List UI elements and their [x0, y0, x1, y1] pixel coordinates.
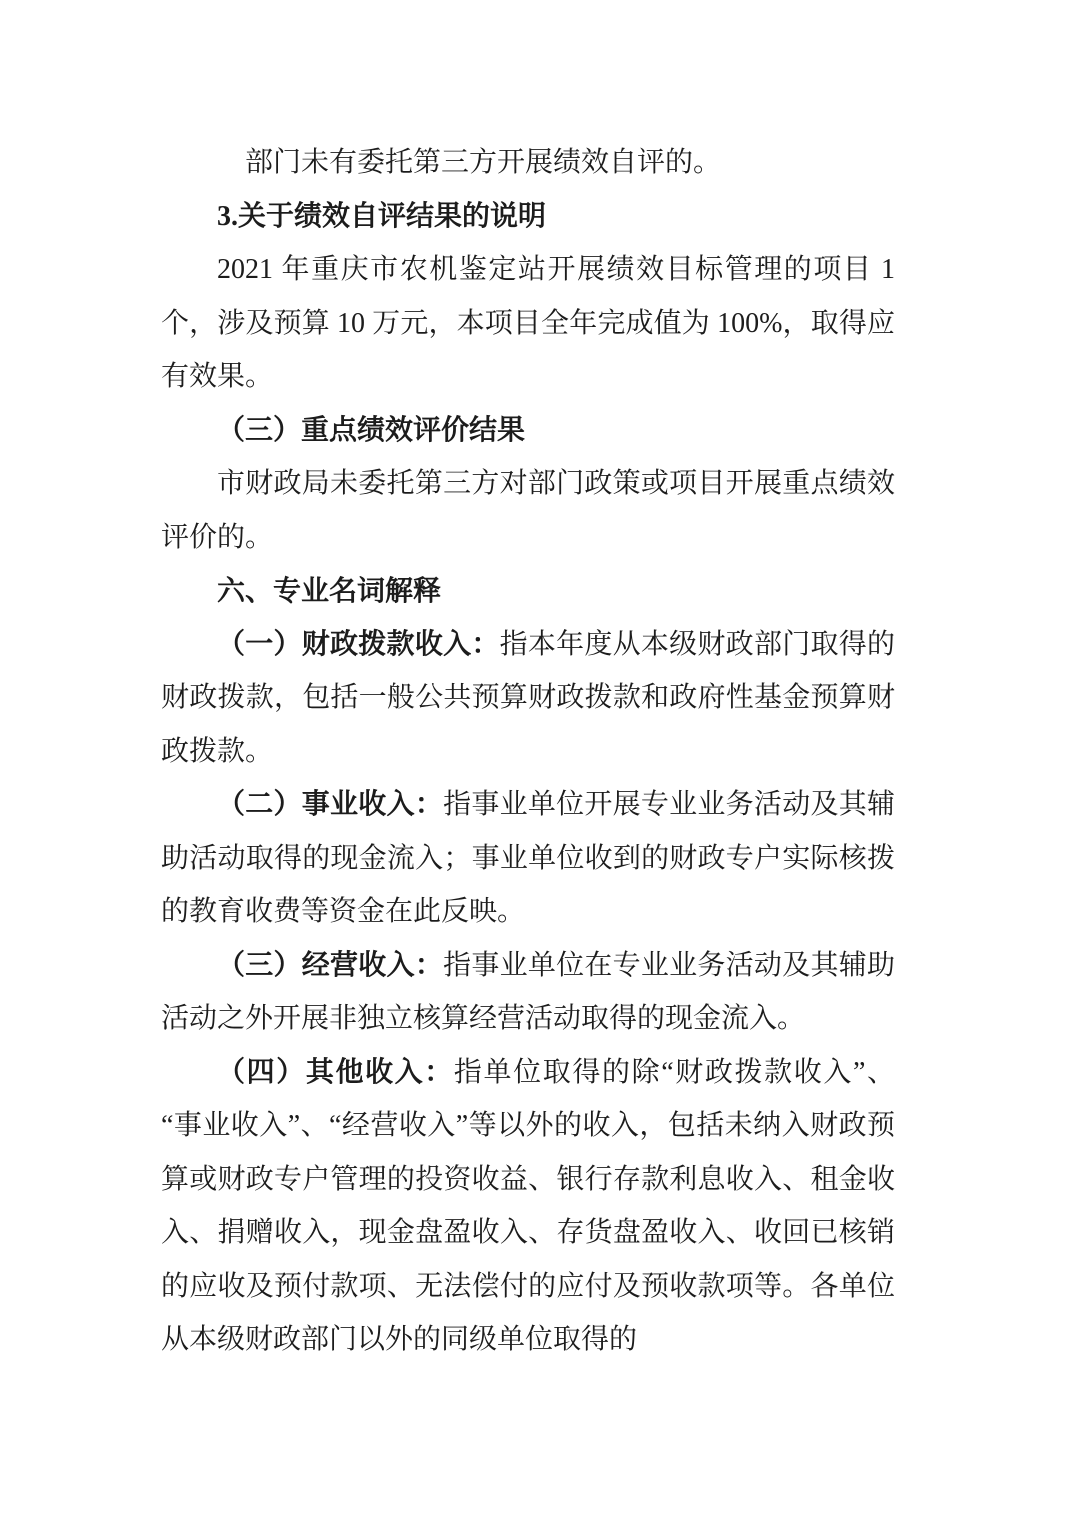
term-label: （二）事业收入：: [217, 789, 443, 820]
paragraph-text: 市财政局未委托第三方对部门政策或项目开展重点绩效评价的。: [161, 468, 895, 553]
paragraph-continuation: 部门未有委托第三方开展绩效自评的。: [161, 136, 895, 190]
heading-terms-glossary: 六、专业名词解释: [161, 564, 895, 618]
term-label: （一）财政拨款收入：: [217, 629, 500, 660]
term-label: （三）经营收入：: [217, 950, 443, 981]
heading-text: （三）重点绩效评价结果: [217, 415, 525, 446]
paragraph-text: 部门未有委托第三方开展绩效自评的。: [245, 147, 721, 178]
heading-key-performance-evaluation: （三）重点绩效评价结果: [161, 404, 895, 458]
paragraph-term-operating-income: （二）事业收入：指事业单位开展专业业务活动及其辅助活动取得的现金流入；事业单位收…: [161, 778, 895, 939]
heading-text: 3.关于绩效自评结果的说明: [217, 201, 546, 232]
term-definition: 指单位取得的除“财政拨款收入”、“事业收入”、“经营收入”等以外的收入，包括未纳…: [161, 1057, 895, 1356]
paragraph-term-business-income: （三）经营收入：指事业单位在专业业务活动及其辅助活动之外开展非独立核算经营活动取…: [161, 939, 895, 1046]
document-page: { "page": { "background": "#ffffff", "te…: [0, 0, 1075, 1521]
heading-text: 六、专业名词解释: [217, 575, 441, 606]
paragraph-self-evaluation: 2021 年重庆市农机鉴定站开展绩效目标管理的项目 1 个，涉及预算 10 万元…: [161, 243, 895, 404]
heading-self-evaluation-results: 3.关于绩效自评结果的说明: [161, 190, 895, 244]
paragraph-text: 2021 年重庆市农机鉴定站开展绩效目标管理的项目 1 个，涉及预算 10 万元…: [161, 254, 895, 392]
term-label: （四）其他收入：: [217, 1057, 454, 1088]
text-block: 部门未有委托第三方开展绩效自评的。 3.关于绩效自评结果的说明 2021 年重庆…: [161, 136, 895, 1367]
paragraph-term-other-income: （四）其他收入：指单位取得的除“财政拨款收入”、“事业收入”、“经营收入”等以外…: [161, 1046, 895, 1367]
paragraph-key-performance: 市财政局未委托第三方对部门政策或项目开展重点绩效评价的。: [161, 457, 895, 564]
paragraph-term-fiscal-appropriation: （一）财政拨款收入：指本年度从本级财政部门取得的财政拨款，包括一般公共预算财政拨…: [161, 618, 895, 779]
